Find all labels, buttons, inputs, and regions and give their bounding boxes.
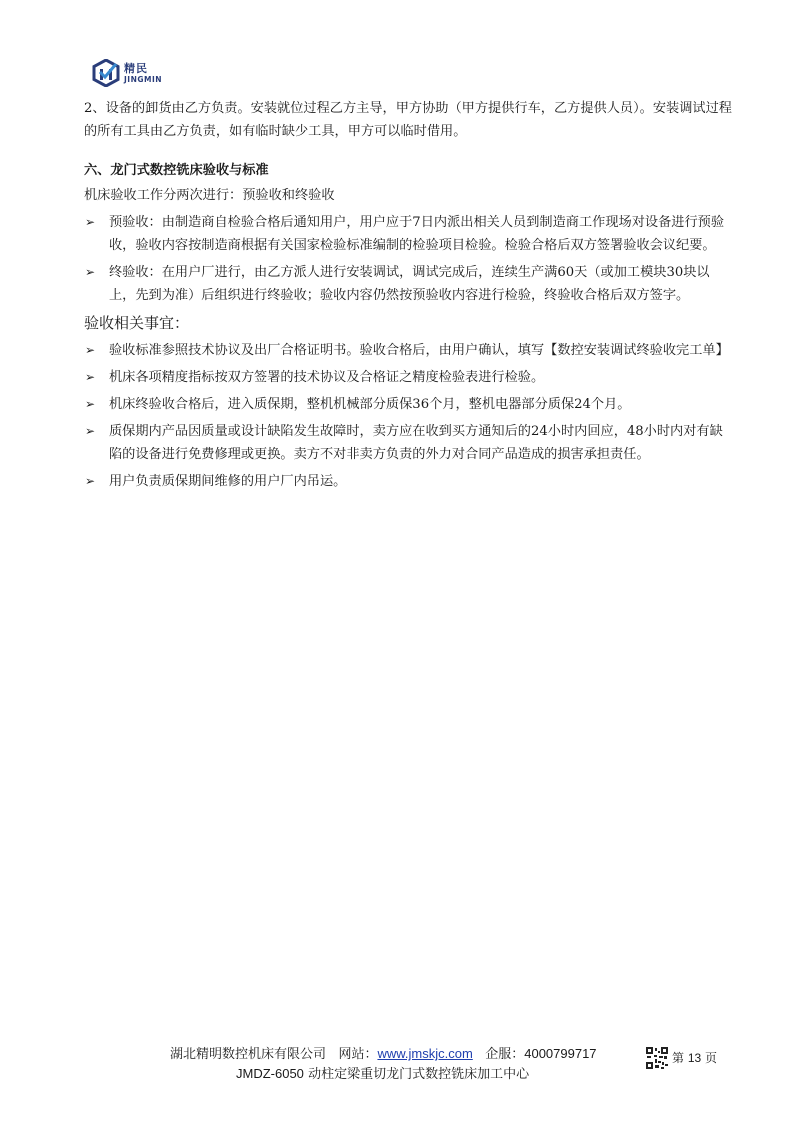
list-item-text: 机床终验收合格后，进入质保期，整机机械部分质保36个月，整机电器部分质保24个月… [109, 393, 734, 416]
intro-paragraph: 2、设备的卸货由乙方负责。安装就位过程乙方主导，甲方协助（甲方提供行车，乙方提供… [84, 97, 734, 143]
list-item-text: 验收标准参照技术协议及出厂合格证明书。验收合格后，由用户确认，填写【数控安装调试… [109, 339, 734, 362]
arrow-bullet-icon: ➢ [84, 366, 109, 389]
jingmin-logo-icon [92, 59, 120, 87]
list-item-text: 终验收：在用户厂进行，由乙方派人进行安装调试，调试完成后，连续生产满60天（或加… [109, 261, 734, 307]
website-link[interactable]: www.jmskjc.com [377, 1046, 472, 1061]
list-item-final-acceptance: ➢ 终验收：在用户厂进行，由乙方派人进行安装调试，调试完成后，连续生产满60天（… [84, 261, 734, 307]
page-number-value: 13 [688, 1051, 701, 1065]
arrow-bullet-icon: ➢ [84, 393, 109, 416]
list-item: ➢ 机床终验收合格后，进入质保期，整机机械部分质保36个月，整机电器部分质保24… [84, 393, 734, 416]
list-item-text: 机床各项精度指标按双方签署的技术协议及合格证之精度检验表进行检验。 [109, 366, 734, 389]
company-logo: 精民 JINGMIN [92, 58, 182, 88]
logo-english-name: JINGMIN [124, 76, 162, 84]
section-intro: 机床验收工作分两次进行：预验收和终验收 [84, 184, 734, 207]
related-matters-heading: 验收相关事宜： [84, 311, 734, 335]
list-item-text: 预验收：由制造商自检验合格后通知用户，用户应于7日内派出相关人员到制造商工作现场… [109, 211, 734, 257]
service-phone: 4000799717 [524, 1046, 596, 1061]
arrow-bullet-icon: ➢ [84, 420, 109, 466]
arrow-bullet-icon: ➢ [84, 261, 109, 307]
list-item: ➢ 验收标准参照技术协议及出厂合格证明书。验收合格后，由用户确认，填写【数控安装… [84, 339, 734, 362]
website-label: 网站： [338, 1047, 377, 1062]
qr-code-icon [646, 1047, 668, 1069]
arrow-bullet-icon: ➢ [84, 470, 109, 493]
list-item: ➢ 质保期内产品因质量或设计缺陷发生故障时，卖方应在收到买方通知后的24小时内回… [84, 420, 734, 466]
footer-company-line: 湖北精明数控机床有限公司 网站：www.jmskjc.com 企服：400079… [170, 1043, 597, 1062]
list-item: ➢ 用户负责质保期间维修的用户厂内吊运。 [84, 470, 734, 493]
list-item-text: 质保期内产品因质量或设计缺陷发生故障时，卖方应在收到买方通知后的24小时内回应，… [109, 420, 734, 466]
list-item-text: 用户负责质保期间维修的用户厂内吊运。 [109, 470, 734, 493]
page-number: 第 13 页 [672, 1049, 717, 1066]
logo-chinese-name: 精民 [124, 63, 162, 74]
document-body: 2、设备的卸货由乙方负责。安装就位过程乙方主导，甲方协助（甲方提供行车，乙方提供… [84, 97, 734, 493]
footer-product-line: JMDZ-6050 动柱定梁重切龙门式数控铣床加工中心 [236, 1063, 529, 1082]
list-item: ➢ 机床各项精度指标按双方签署的技术协议及合格证之精度检验表进行检验。 [84, 366, 734, 389]
list-item-pre-acceptance: ➢ 预验收：由制造商自检验合格后通知用户，用户应于7日内派出相关人员到制造商工作… [84, 211, 734, 257]
product-name: 动柱定梁重切龙门式数控铣床加工中心 [308, 1067, 529, 1082]
product-model: JMDZ-6050 [236, 1066, 304, 1081]
service-label: 企服： [485, 1047, 524, 1062]
section-heading: 六、龙门式数控铣床验收与标准 [84, 159, 734, 182]
arrow-bullet-icon: ➢ [84, 211, 109, 257]
arrow-bullet-icon: ➢ [84, 339, 109, 362]
company-name: 湖北精明数控机床有限公司 [170, 1047, 326, 1062]
